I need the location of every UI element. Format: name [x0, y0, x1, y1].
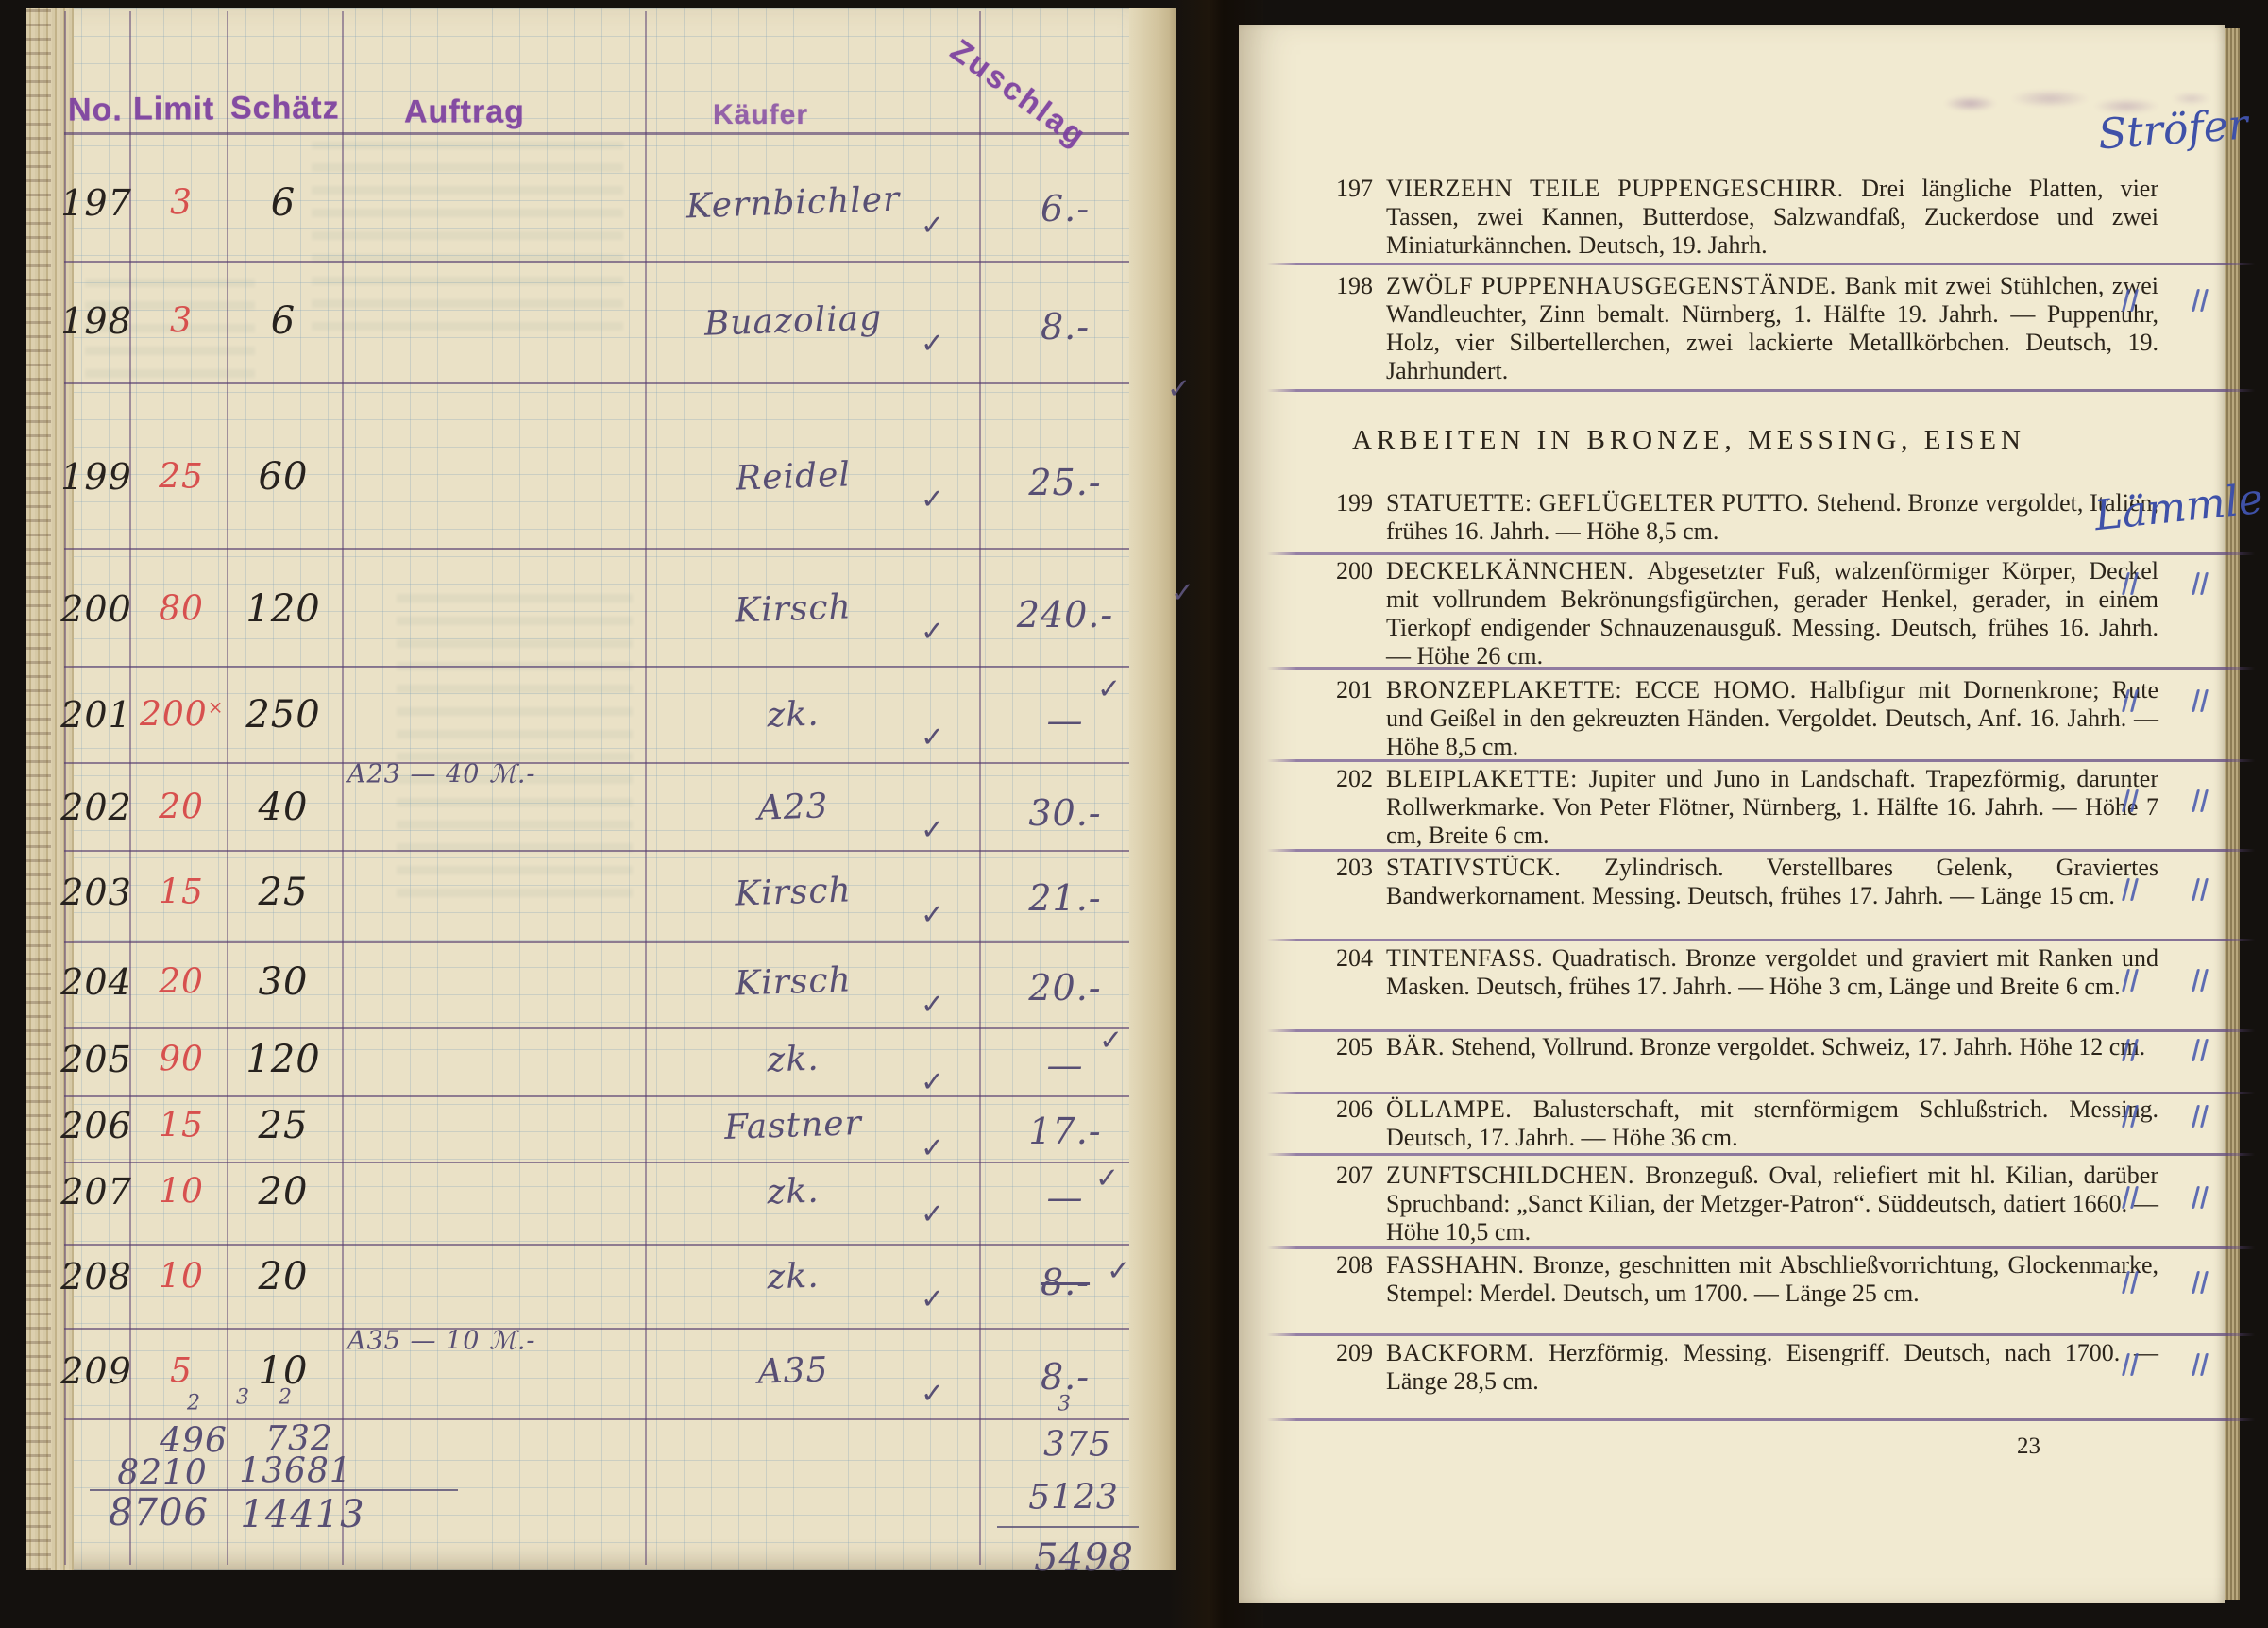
ditto-mark: [2194, 969, 2211, 996]
check-icon: ✓: [1099, 1025, 1123, 1058]
check-icon: ✓: [921, 1198, 944, 1231]
check-icon: ✓: [921, 899, 944, 932]
hammer-price: 8.-: [1003, 1356, 1127, 1398]
catalog-entry: 206ÖLLAMPE. Balusterschaft, mit sternför…: [1326, 1095, 2158, 1152]
catalog-entry-lead: BLEIPLAKETTE:: [1386, 765, 1589, 792]
row-line: [64, 261, 1129, 263]
row-line: [64, 1027, 1129, 1029]
catalog-entry-number: 206: [1326, 1095, 1373, 1124]
catalog-entry-number: 208: [1326, 1251, 1373, 1280]
entry-divider-line: [1267, 552, 2255, 555]
check-icon: ✓: [921, 210, 944, 243]
hammer-price: 30.-: [1003, 792, 1127, 834]
limit-value: 15: [140, 873, 223, 912]
section-heading: ARBEITEN IN BRONZE, MESSING, EISEN: [1352, 425, 2164, 456]
entry-divider-line: [1267, 1246, 2255, 1249]
ditto-mark: [2124, 1186, 2141, 1213]
limit-value: 10: [140, 1173, 223, 1212]
total-value: 8210: [100, 1454, 225, 1493]
catalog-entry-number: 197: [1326, 175, 1373, 203]
limit-value: 200×: [140, 696, 223, 735]
limit-value: 20: [140, 789, 223, 827]
column-header-kaeufer: Käufer: [713, 99, 808, 131]
limit-value: 90: [140, 1041, 223, 1079]
limit-value: 10: [140, 1258, 223, 1297]
catalog-entry-number: 198: [1326, 272, 1373, 300]
check-icon: ✓: [921, 1378, 944, 1411]
catalog-entry-lead: ÖLLAMPE.: [1386, 1095, 1533, 1123]
estimate-value: 120: [232, 1038, 334, 1081]
total-value: 5123: [1016, 1479, 1131, 1518]
bleedthrough-text: [312, 142, 623, 331]
check-icon: ✓: [921, 721, 944, 755]
entry-divider-line: [1267, 1333, 2255, 1336]
lot-number: 204: [55, 961, 138, 1003]
ditto-mark: [2194, 289, 2211, 316]
column-line: [979, 11, 981, 1565]
entry-divider-line: [1267, 263, 2255, 265]
ditto-mark: [2124, 1271, 2141, 1298]
column-line: [227, 11, 228, 1565]
total-sum: 8706: [93, 1491, 225, 1535]
estimate-value: 6: [232, 181, 334, 225]
estimate-value: 250: [232, 693, 334, 737]
ditto-mark: [2194, 1353, 2211, 1381]
carry-digit: 2: [187, 1392, 201, 1416]
lot-number: 197: [55, 182, 138, 224]
ditto-mark: [2124, 1039, 2141, 1066]
lot-number: 200: [55, 588, 138, 630]
limit-value: 20: [140, 963, 223, 1002]
total-sum: 5498: [1031, 1536, 1137, 1580]
ditto-mark: [2124, 689, 2141, 717]
lot-number: 207: [55, 1171, 138, 1213]
check-icon: ✓: [921, 1066, 944, 1099]
ditto-mark: [2194, 689, 2211, 717]
estimate-value: 120: [232, 587, 334, 631]
catalog-entry-number: 209: [1326, 1339, 1373, 1367]
catalog-entry-lead: STATUETTE: GEFLÜGELTER PUTTO.: [1386, 489, 1816, 517]
catalog-entry: 202BLEIPLAKETTE: Jupiter und Juno in Lan…: [1326, 765, 2158, 850]
check-icon: ✓: [1171, 577, 1194, 610]
row-line: [64, 1095, 1129, 1097]
scanned-auction-ledger-photo: No. Limit Schätz Auftrag Käufer Zuschlag…: [0, 0, 2268, 1628]
check-icon: ✓: [921, 1132, 944, 1165]
catalog-entry-lead: DECKELKÄNNCHEN.: [1386, 557, 1647, 585]
ditto-mark: [2194, 1271, 2211, 1298]
catalog-entry-lead: BACKFORM.: [1386, 1339, 1549, 1366]
row-line: [64, 941, 1129, 943]
catalog-entry: 205BÄR. Stehend, Vollrund. Bronze vergol…: [1326, 1033, 2158, 1061]
estimate-value: 60: [232, 455, 334, 499]
sum-line: [997, 1526, 1139, 1528]
catalog-entry-text: Stehend, Vollrund. Bronze vergoldet. Sch…: [1451, 1033, 2145, 1060]
row-line: [64, 382, 1129, 384]
limit-value: 25: [140, 458, 223, 497]
catalog-entry: 197VIERZEHN TEILE PUPPENGESCHIRR. Drei l…: [1326, 175, 2158, 260]
lot-number: 202: [55, 787, 138, 828]
catalog-entry-number: 202: [1326, 765, 1373, 793]
hammer-price: 8.-: [1003, 306, 1127, 348]
total-value: 13681: [225, 1452, 366, 1491]
check-icon: ✓: [1167, 373, 1191, 406]
catalog-entry: 208FASSHAHN. Bronze, geschnitten mit Abs…: [1326, 1251, 2158, 1308]
lot-number: 203: [55, 872, 138, 913]
estimate-value: 25: [232, 1104, 334, 1147]
catalog-entry-lead: VIERZEHN TEILE PUPPENGESCHIRR.: [1386, 175, 1861, 202]
row-line: [64, 1244, 1129, 1246]
row-line: [64, 548, 1129, 550]
carry-digit: 3 2: [236, 1386, 303, 1410]
estimate-value: 30: [232, 960, 334, 1004]
hammer-price: 6.-: [1003, 188, 1127, 229]
check-icon: ✓: [1095, 1162, 1119, 1196]
hammer-price: 17.-: [1003, 1111, 1127, 1152]
hammer-price: —: [1003, 700, 1127, 741]
lot-number: 205: [55, 1039, 138, 1080]
hammer-price: 20.-: [1003, 967, 1127, 1009]
check-icon: ✓: [1107, 1255, 1130, 1288]
lot-number: 198: [55, 300, 138, 342]
catalog-entry: 207ZUNFTSCHILDCHEN. Bronzeguß. Oval, rel…: [1326, 1162, 2158, 1246]
total-sum: 14413: [225, 1493, 381, 1536]
lot-number: 199: [55, 456, 138, 498]
entry-divider-line: [1267, 1092, 2255, 1094]
check-icon: ✓: [1097, 673, 1121, 706]
check-icon: ✓: [921, 328, 944, 361]
entry-divider-line: [1267, 1153, 2255, 1156]
ditto-mark: [2194, 1105, 2211, 1132]
check-icon: ✓: [921, 483, 944, 517]
check-icon: ✓: [921, 989, 944, 1022]
limit-value: 3: [140, 184, 223, 223]
column-header-no: No.: [68, 93, 123, 129]
estimate-value: 20: [232, 1170, 334, 1213]
auftrag-note: A23 — 40 ℳ.-: [347, 760, 536, 789]
ditto-mark: [2124, 1353, 2141, 1381]
catalog-entry-lead: TINTENFASS.: [1386, 944, 1552, 972]
entry-divider-line: [1267, 389, 2255, 392]
total-value: 375: [1025, 1426, 1129, 1465]
ditto-mark: [2124, 969, 2141, 996]
ditto-mark: [2194, 572, 2211, 600]
entry-divider-line: [1267, 1418, 2255, 1421]
catalog-entry-lead: STATIVSTÜCK.: [1386, 854, 1604, 881]
catalog-entry-number: 203: [1326, 854, 1373, 882]
ditto-mark: [2124, 1105, 2141, 1132]
catalog-entry: 203STATIVSTÜCK. Zylindrisch. Verstellbar…: [1326, 854, 2158, 910]
catalog-entry-number: 207: [1326, 1162, 1373, 1190]
catalog-entry-number: 201: [1326, 676, 1373, 704]
check-icon: ✓: [921, 814, 944, 847]
row-line: [64, 762, 1129, 764]
estimate-value: 40: [232, 786, 334, 829]
row-line: [64, 132, 1129, 135]
ditto-mark: [2124, 789, 2141, 817]
hammer-price: 21.-: [1003, 877, 1127, 919]
column-header-auftrag: Auftrag: [404, 94, 525, 131]
catalog-entry-number: 204: [1326, 944, 1373, 973]
column-header-limit: Limit: [133, 92, 214, 128]
catalog-entry-lead: ZUNFTSCHILDCHEN.: [1386, 1162, 1645, 1189]
catalog-entry-number: 200: [1326, 557, 1373, 585]
limit-value: 15: [140, 1107, 223, 1145]
catalog-entry-lead: FASSHAHN.: [1386, 1251, 1533, 1279]
lot-number: 208: [55, 1256, 138, 1297]
row-line: [64, 850, 1129, 852]
hammer-price: 240.-: [1003, 594, 1127, 636]
catalog-entry: 209BACKFORM. Herzförmig. Messing. Eiseng…: [1326, 1339, 2158, 1396]
row-line: [64, 1328, 1129, 1330]
column-line: [645, 11, 647, 1565]
estimate-value: 25: [232, 871, 334, 914]
catalog-entry: 201BRONZEPLAKETTE: ECCE HOMO. Halbfigur …: [1326, 676, 2158, 761]
catalog-entry-lead: BÄR.: [1386, 1033, 1451, 1060]
ditto-mark: [2194, 789, 2211, 817]
ditto-mark: [2124, 289, 2141, 316]
ditto-mark: [2124, 572, 2141, 600]
ditto-mark: [2124, 878, 2141, 906]
catalog-entry: 204TINTENFASS. Quadratisch. Bronze vergo…: [1326, 944, 2158, 1001]
lot-number: 209: [55, 1350, 138, 1392]
carry-digit: 3: [1058, 1393, 1072, 1416]
entry-divider-line: [1267, 1029, 2255, 1032]
check-icon: ✓: [921, 616, 944, 649]
lot-number: 201: [55, 694, 138, 736]
row-line: [64, 666, 1129, 668]
estimate-value: 6: [232, 299, 334, 343]
limit-value: 3: [140, 302, 223, 341]
entry-divider-line: [1267, 939, 2255, 941]
row-line: [64, 1418, 1129, 1420]
column-line: [342, 11, 344, 1565]
estimate-value: 20: [232, 1255, 334, 1298]
page-number: 23: [2017, 1433, 2040, 1460]
catalog-entry-lead: BRONZEPLAKETTE: ECCE HOMO.: [1386, 676, 1810, 704]
catalog-entry-lead: ZWÖLF PUPPENHAUSGEGENSTÄNDE.: [1386, 272, 1845, 299]
auftrag-note: A35 — 10 ℳ.-: [347, 1327, 536, 1356]
page-edge-specks: [26, 8, 51, 1570]
catalog-entry: 199STATUETTE: GEFLÜGELTER PUTTO. Stehend…: [1326, 489, 2158, 546]
limit-value: 80: [140, 590, 223, 629]
catalog-entry-number: 199: [1326, 489, 1373, 517]
hammer-price: 25.-: [1003, 462, 1127, 503]
limit-value: 5: [140, 1352, 223, 1391]
ditto-mark: [2194, 1186, 2211, 1213]
row-line: [64, 1162, 1129, 1163]
catalog-entry: 200DECKELKÄNNCHEN. Abgesetzter Fuß, walz…: [1326, 557, 2158, 670]
ditto-mark: [2194, 878, 2211, 906]
ditto-mark: [2194, 1039, 2211, 1066]
lot-number: 206: [55, 1105, 138, 1146]
column-header-schaetz: Schätz: [230, 91, 340, 127]
catalog-entry-number: 205: [1326, 1033, 1373, 1061]
check-icon: ✓: [921, 1283, 944, 1316]
catalog-entry: 198ZWÖLF PUPPENHAUSGEGENSTÄNDE. Bank mit…: [1326, 272, 2158, 385]
